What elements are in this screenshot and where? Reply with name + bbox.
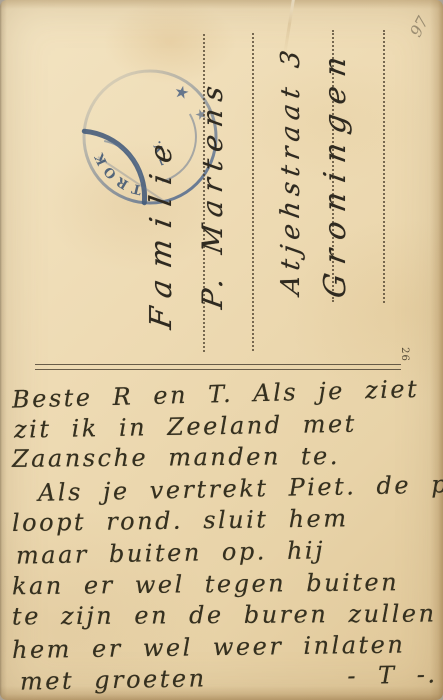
message-line: maar buiten op. hij	[12, 533, 438, 572]
address-line-recipient: Familie	[144, 106, 184, 332]
message-line: te zijn en de buren zullen	[12, 599, 438, 634]
address-rule	[252, 33, 254, 351]
message-line: kan er wel tegen buiten	[12, 566, 438, 602]
divider-rule	[35, 364, 401, 370]
message-line: met groeten - T -.	[12, 660, 438, 699]
postcard-scan: 97 ★ ★ K O R T 7.V. Familie P. Martens A…	[0, 0, 443, 700]
address-line-city: Groningen	[318, 45, 362, 302]
address-line-street: Atjehstraat 3	[276, 20, 314, 298]
address-line-name: P. Martens	[196, 81, 236, 312]
message-block: Beste R en T. Als je ziet zit ik in Zeel…	[12, 379, 438, 695]
address-rule	[383, 30, 385, 303]
pencil-number: 97	[406, 13, 432, 40]
plate-number: 26	[399, 347, 410, 362]
